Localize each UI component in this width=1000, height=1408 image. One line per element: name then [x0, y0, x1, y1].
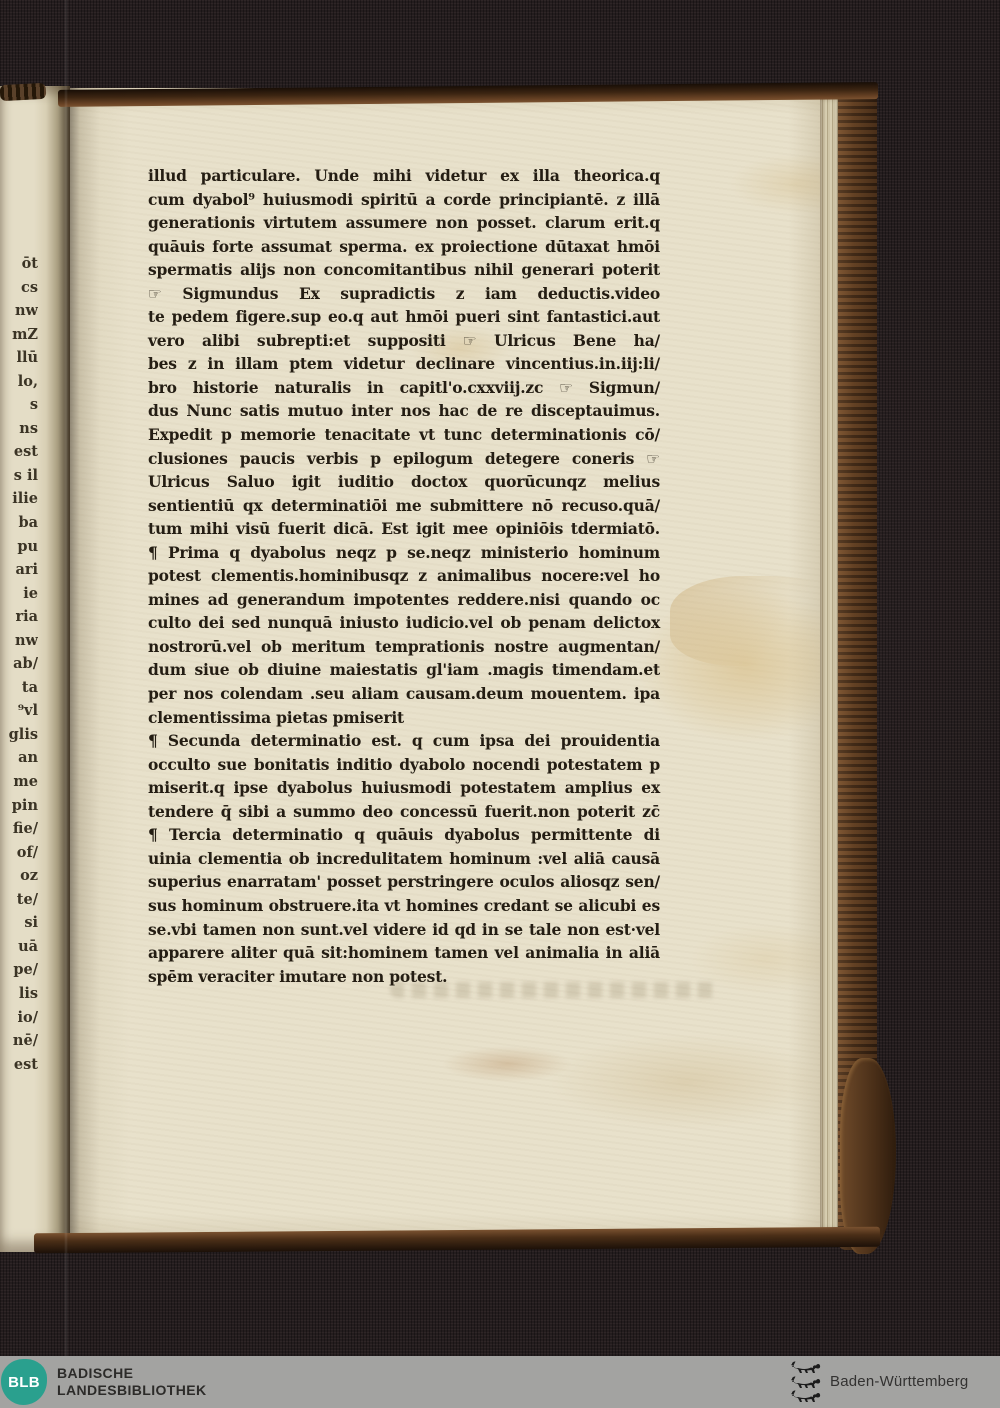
- text-line: uinia clementia ob incredulitatem hominu…: [148, 847, 660, 871]
- text-line: spermatis alijs non concomitantibus nihi…: [148, 258, 660, 282]
- facing-page-fragment: pin: [0, 794, 38, 818]
- facing-page-fragment: io/: [0, 1006, 38, 1030]
- library-name-line2: LANDESBIBLIOTHEK: [57, 1382, 207, 1399]
- facing-page-fragment: glis: [0, 723, 38, 747]
- text-line: se.vbi tamen non sunt.vel videre id qd i…: [148, 918, 660, 942]
- facing-page-fragment: te/: [0, 888, 38, 912]
- text-line: quāuis forte assumat sperma. ex proiecti…: [148, 235, 660, 259]
- page-stain: [442, 1046, 572, 1082]
- text-line: te pedem figere.sup eo.q aut hmōi pueri …: [148, 305, 660, 329]
- facing-page-fragment: pe/: [0, 958, 38, 982]
- text-line: vero alibi subrepti:et suppositi ☞ Ulric…: [148, 329, 660, 353]
- facing-page-fragment: ⁹vl: [0, 699, 38, 723]
- facing-page-fragment: est: [0, 1053, 38, 1077]
- text-line: Expedit p memorie tenacitate vt tunc det…: [148, 423, 660, 447]
- text-line: potest clementis.hominibusqz z animalibu…: [148, 564, 660, 588]
- facing-page-fragment: uā: [0, 935, 38, 959]
- text-line: mines ad generandum impotentes reddere.n…: [148, 588, 660, 612]
- text-line: ☞ Sigmundus Ex supradictis z iam deducti…: [148, 282, 660, 306]
- facing-page-fragment: cs: [0, 276, 38, 300]
- facing-page-fragment: nw: [0, 299, 38, 323]
- blb-logo: BLB: [1, 1359, 47, 1405]
- text-line: clusiones paucis verbis p epilogum deteg…: [148, 447, 660, 471]
- book: ōtcsnwmZllūlo,snsests ililiebapuariieria…: [0, 0, 1000, 1408]
- state-name: Baden-Württemberg: [830, 1373, 968, 1390]
- facing-page-fragment: pu: [0, 535, 38, 559]
- facing-page-fragment: ie: [0, 582, 38, 606]
- facing-page-fragment: lis: [0, 982, 38, 1006]
- facing-page-edge: ōtcsnwmZllūlo,snsests ililiebapuariieria…: [0, 86, 70, 1252]
- text-line: nostrorū.vel ob meritum temprationis nos…: [148, 635, 660, 659]
- text-line: per nos colendam .seu aliam causam.deum …: [148, 682, 660, 706]
- facing-page-fragment: nw: [0, 629, 38, 653]
- page-edges: [820, 92, 840, 1236]
- scan-viewer-canvas: ōtcsnwmZllūlo,snsests ililiebapuariieria…: [0, 0, 1000, 1408]
- book-cover-corner: [840, 1058, 896, 1254]
- text-line: spēm veraciter imutare non potest.: [148, 965, 660, 989]
- library-name-line1: BADISCHE: [57, 1365, 207, 1382]
- facing-page-fragment: an: [0, 746, 38, 770]
- page-text: illud particulare. Unde mihi videtur ex …: [148, 164, 660, 988]
- text-line: cum dyabol⁹ huiusmodi spiritū a corde pr…: [148, 188, 660, 212]
- facing-page-fragment: ria: [0, 605, 38, 629]
- text-line: tendere q̄ sibi a summo deo concessū fue…: [148, 800, 660, 824]
- facing-page-fragment: ns: [0, 417, 38, 441]
- text-line: illud particulare. Unde mihi videtur ex …: [148, 164, 660, 188]
- text-line: miserit.q ipse dyabolus huiusmodi potest…: [148, 776, 660, 800]
- three-lions-icon: [791, 1361, 821, 1403]
- text-line: occulto sue bonitatis inditio dyabolo no…: [148, 753, 660, 777]
- footer-bar: BLB BADISCHE LANDESBIBLIOTHEK Baden-Würt…: [0, 1356, 1000, 1408]
- lion-icon: [791, 1390, 821, 1403]
- text-line: Ulricus Saluo igit iuditio doctox quorūc…: [148, 470, 660, 494]
- text-line: ¶ Tercia determinatio q quāuis dyabolus …: [148, 823, 660, 847]
- text-line: sentientiū qx determinatiōi me submitter…: [148, 494, 660, 518]
- facing-page-fragment: fie/: [0, 817, 38, 841]
- facing-page-fragment: of/: [0, 841, 38, 865]
- facing-page-fragment: nē/: [0, 1029, 38, 1053]
- facing-page-fragment: ta: [0, 676, 38, 700]
- text-line: superius enarratam' posset perstringere …: [148, 870, 660, 894]
- facing-page-fragments: ōtcsnwmZllūlo,snsests ililiebapuariieria…: [0, 252, 40, 1076]
- lion-icon: [791, 1361, 821, 1374]
- text-line: clementissima pietas pmiserit: [148, 706, 660, 730]
- text-line: sus hominum obstruere.ita vt homines cre…: [148, 894, 660, 918]
- text-line: generationis virtutem assumere non posse…: [148, 211, 660, 235]
- facing-page-fragment: oz: [0, 864, 38, 888]
- facing-page-fragment: ōt: [0, 252, 38, 276]
- facing-page-fragment: llū: [0, 346, 38, 370]
- text-line: dus Nunc satis mutuo inter nos hac de re…: [148, 399, 660, 423]
- text-line: dum siue ob diuine maiestatis gl'iam .ma…: [148, 658, 660, 682]
- facing-page-fragment: s il: [0, 464, 38, 488]
- glass-plate-edge: [64, 0, 68, 1408]
- facing-page-fragment: s: [0, 393, 38, 417]
- text-line: bro historie naturalis in capitl'o.cxxvi…: [148, 376, 660, 400]
- facing-page-fragment: lo,: [0, 370, 38, 394]
- blb-logo-text: BLB: [8, 1374, 40, 1391]
- facing-page-fragment: ab/: [0, 652, 38, 676]
- facing-page-fragment: est: [0, 440, 38, 464]
- lion-icon: [791, 1376, 821, 1389]
- facing-page-fragment: ilie: [0, 487, 38, 511]
- facing-page-fragment: ba: [0, 511, 38, 535]
- text-line: tum mihi visū fuerit dicā. Est igit mee …: [148, 517, 660, 541]
- text-line: bes z in illam ptem videtur declinare vi…: [148, 352, 660, 376]
- text-line: ¶ Prima q dyabolus neqz p se.neqz minist…: [148, 541, 660, 565]
- text-line: apparere aliter quā sit:hominem tamen ve…: [148, 941, 660, 965]
- headband: [0, 83, 46, 101]
- page-stain: [550, 1034, 820, 1130]
- text-line: ¶ Secunda determinatio est. q cum ipsa d…: [148, 729, 660, 753]
- facing-page-fragment: mZ: [0, 323, 38, 347]
- facing-page-fragment: ari: [0, 558, 38, 582]
- library-name: BADISCHE LANDESBIBLIOTHEK: [57, 1365, 207, 1398]
- text-line: culto dei sed nunquā iniusto iudicio.vel…: [148, 611, 660, 635]
- facing-page-fragment: me: [0, 770, 38, 794]
- facing-page-fragment: si: [0, 911, 38, 935]
- manuscript-page: illud particulare. Unde mihi videtur ex …: [70, 88, 822, 1240]
